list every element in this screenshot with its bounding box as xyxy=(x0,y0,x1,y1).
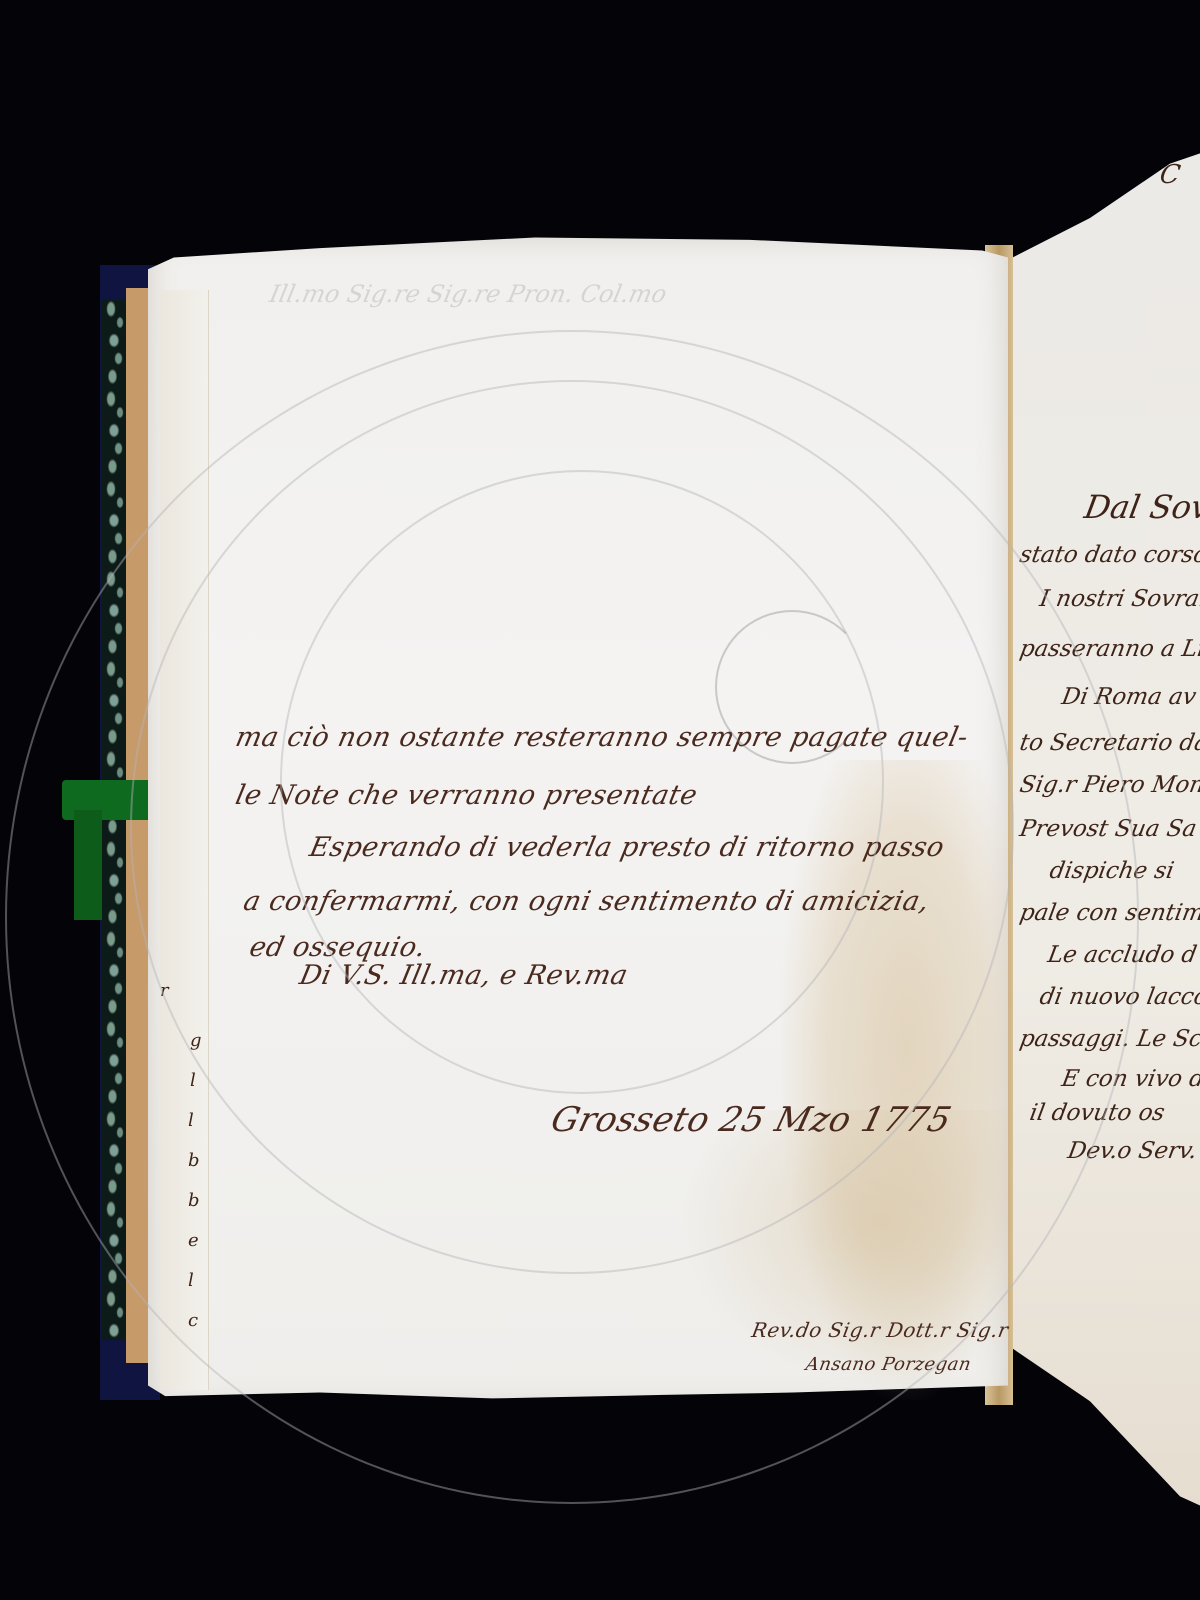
right-page-line: Dal Sov xyxy=(1082,488,1200,526)
right-page-line: I nostri Sovran xyxy=(1038,586,1200,612)
watermark-inner-ring xyxy=(280,470,884,1094)
right-page-line: stato dato corso xyxy=(1018,542,1200,568)
bleedthrough-text: Ill.mo Sig.re Sig.re Pron. Col.mo xyxy=(267,280,669,308)
watermark-c-logo-icon xyxy=(715,610,869,764)
